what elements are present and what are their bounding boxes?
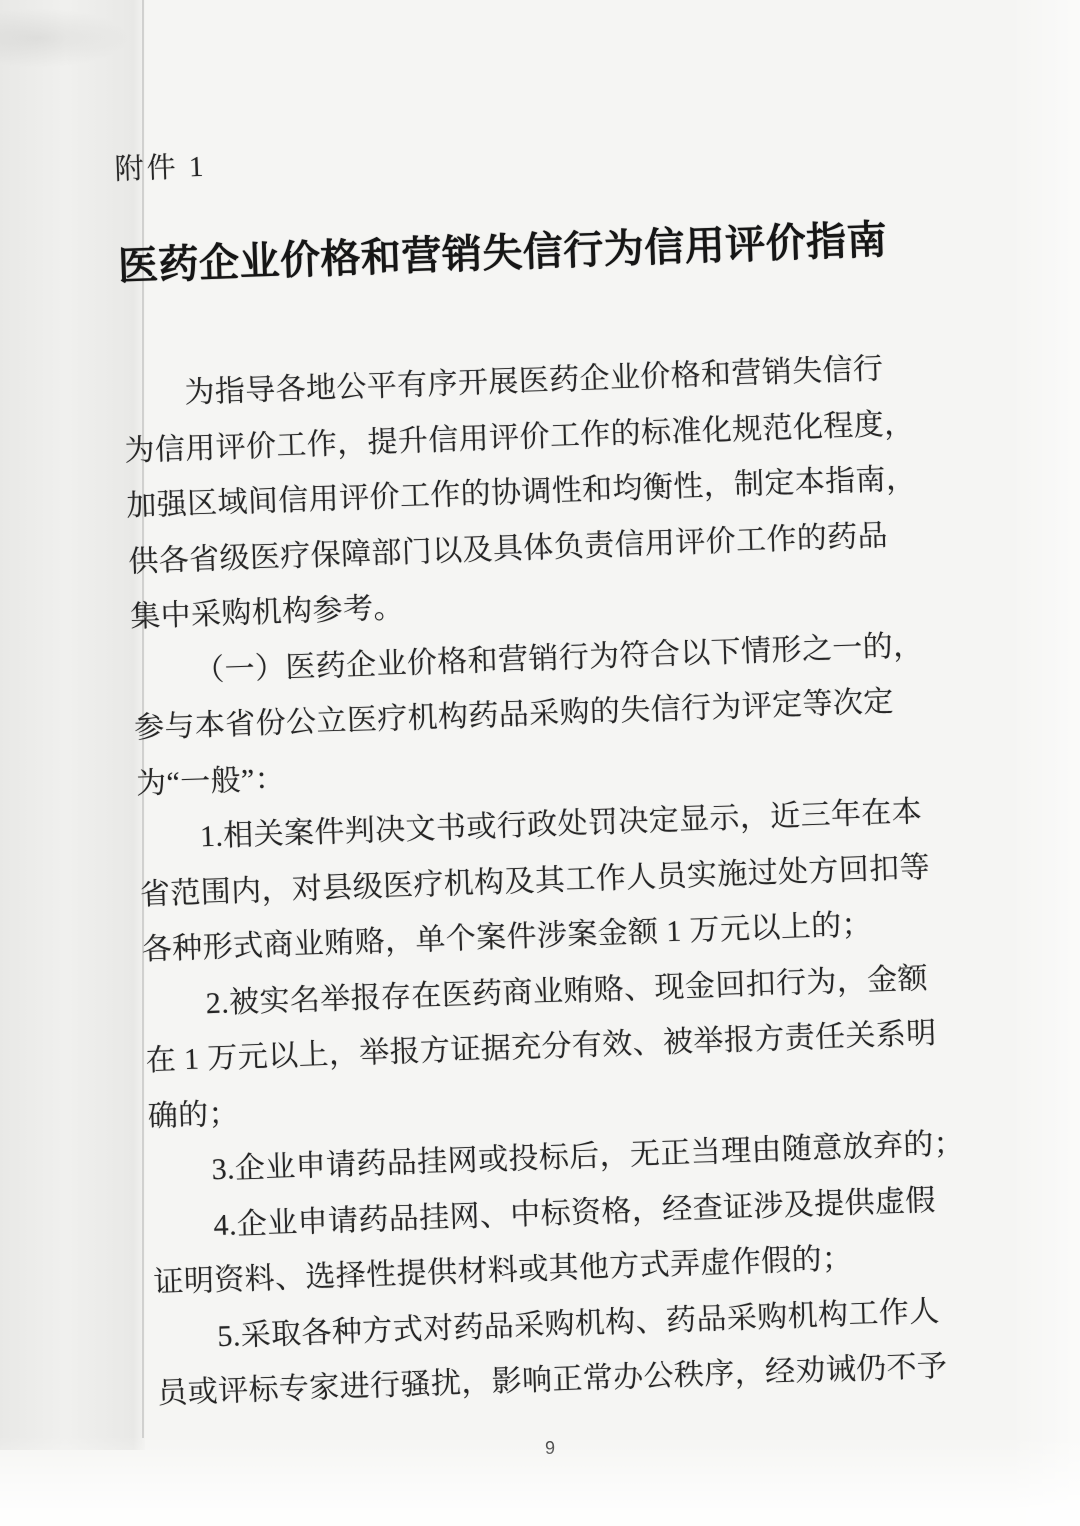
document-text-block: 附件 1 医药企业价格和营销失信行为信用评价指南 为指导各地公平有序开展医药企业… xyxy=(114,122,968,1422)
document-title: 医药企业价格和营销失信行为信用评价指南 xyxy=(117,212,928,294)
scan-right-fade xyxy=(1010,0,1080,1526)
scan-corner-smudge xyxy=(0,8,130,68)
document-body: 为指导各地公平有序开展医药企业价格和营销失信行 为信用评价工作，提升信用评价工作… xyxy=(122,340,968,1422)
attachment-label: 附件 1 xyxy=(114,122,925,190)
scan-bottom-fade xyxy=(0,1436,1080,1526)
